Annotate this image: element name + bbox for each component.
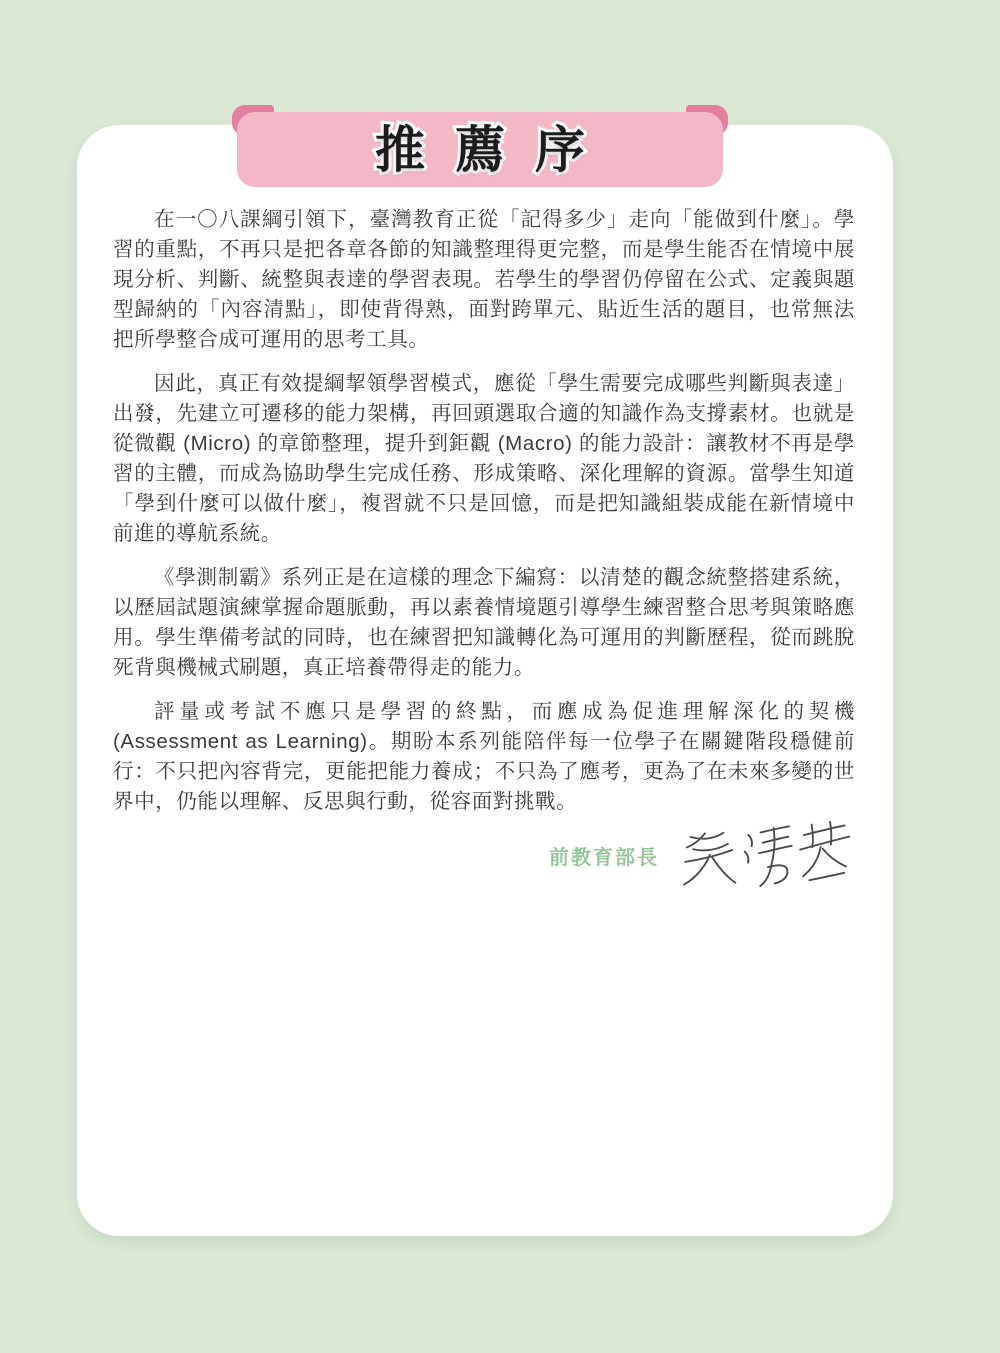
paragraph-2: 因此，真正有效提綱挈領學習模式，應從「學生需要完成哪些判斷與表達」出發，先建立可… bbox=[113, 369, 855, 549]
paragraph-3: 《學測制霸》系列正是在這樣的理念下編寫：以清楚的觀念統整搭建系統，以歷屆試題演練… bbox=[113, 563, 855, 683]
signature-role-label: 前教育部長 bbox=[549, 841, 659, 870]
paragraph-1: 在一〇八課綱引領下，臺灣教育正從「記得多少」走向「能做到什麼」。學習的重點，不再… bbox=[113, 205, 855, 355]
preface-body: 在一〇八課綱引領下，臺灣教育正從「記得多少」走向「能做到什麼」。學習的重點，不再… bbox=[113, 205, 855, 831]
page-background: { "document": { "header": { "title": "推薦… bbox=[0, 0, 1000, 1353]
paragraph-4: 評量或考試不應只是學習的終點，而應成為促進理解深化的契機 (Assessment… bbox=[113, 697, 855, 817]
signature-block: 前教育部長 吳清基 bbox=[549, 819, 857, 897]
ribbon-body: 推薦序 bbox=[237, 112, 723, 187]
signature-handwriting-icon bbox=[676, 816, 859, 900]
signature-name-text: 吳清基 bbox=[549, 819, 550, 820]
page-title: 推薦序 bbox=[345, 125, 615, 175]
title-ribbon-banner: 推薦序 bbox=[237, 112, 723, 187]
preface-card: 推薦序 在一〇八課綱引領下，臺灣教育正從「記得多少」走向「能做到什麼」。學習的重… bbox=[77, 125, 893, 1236]
